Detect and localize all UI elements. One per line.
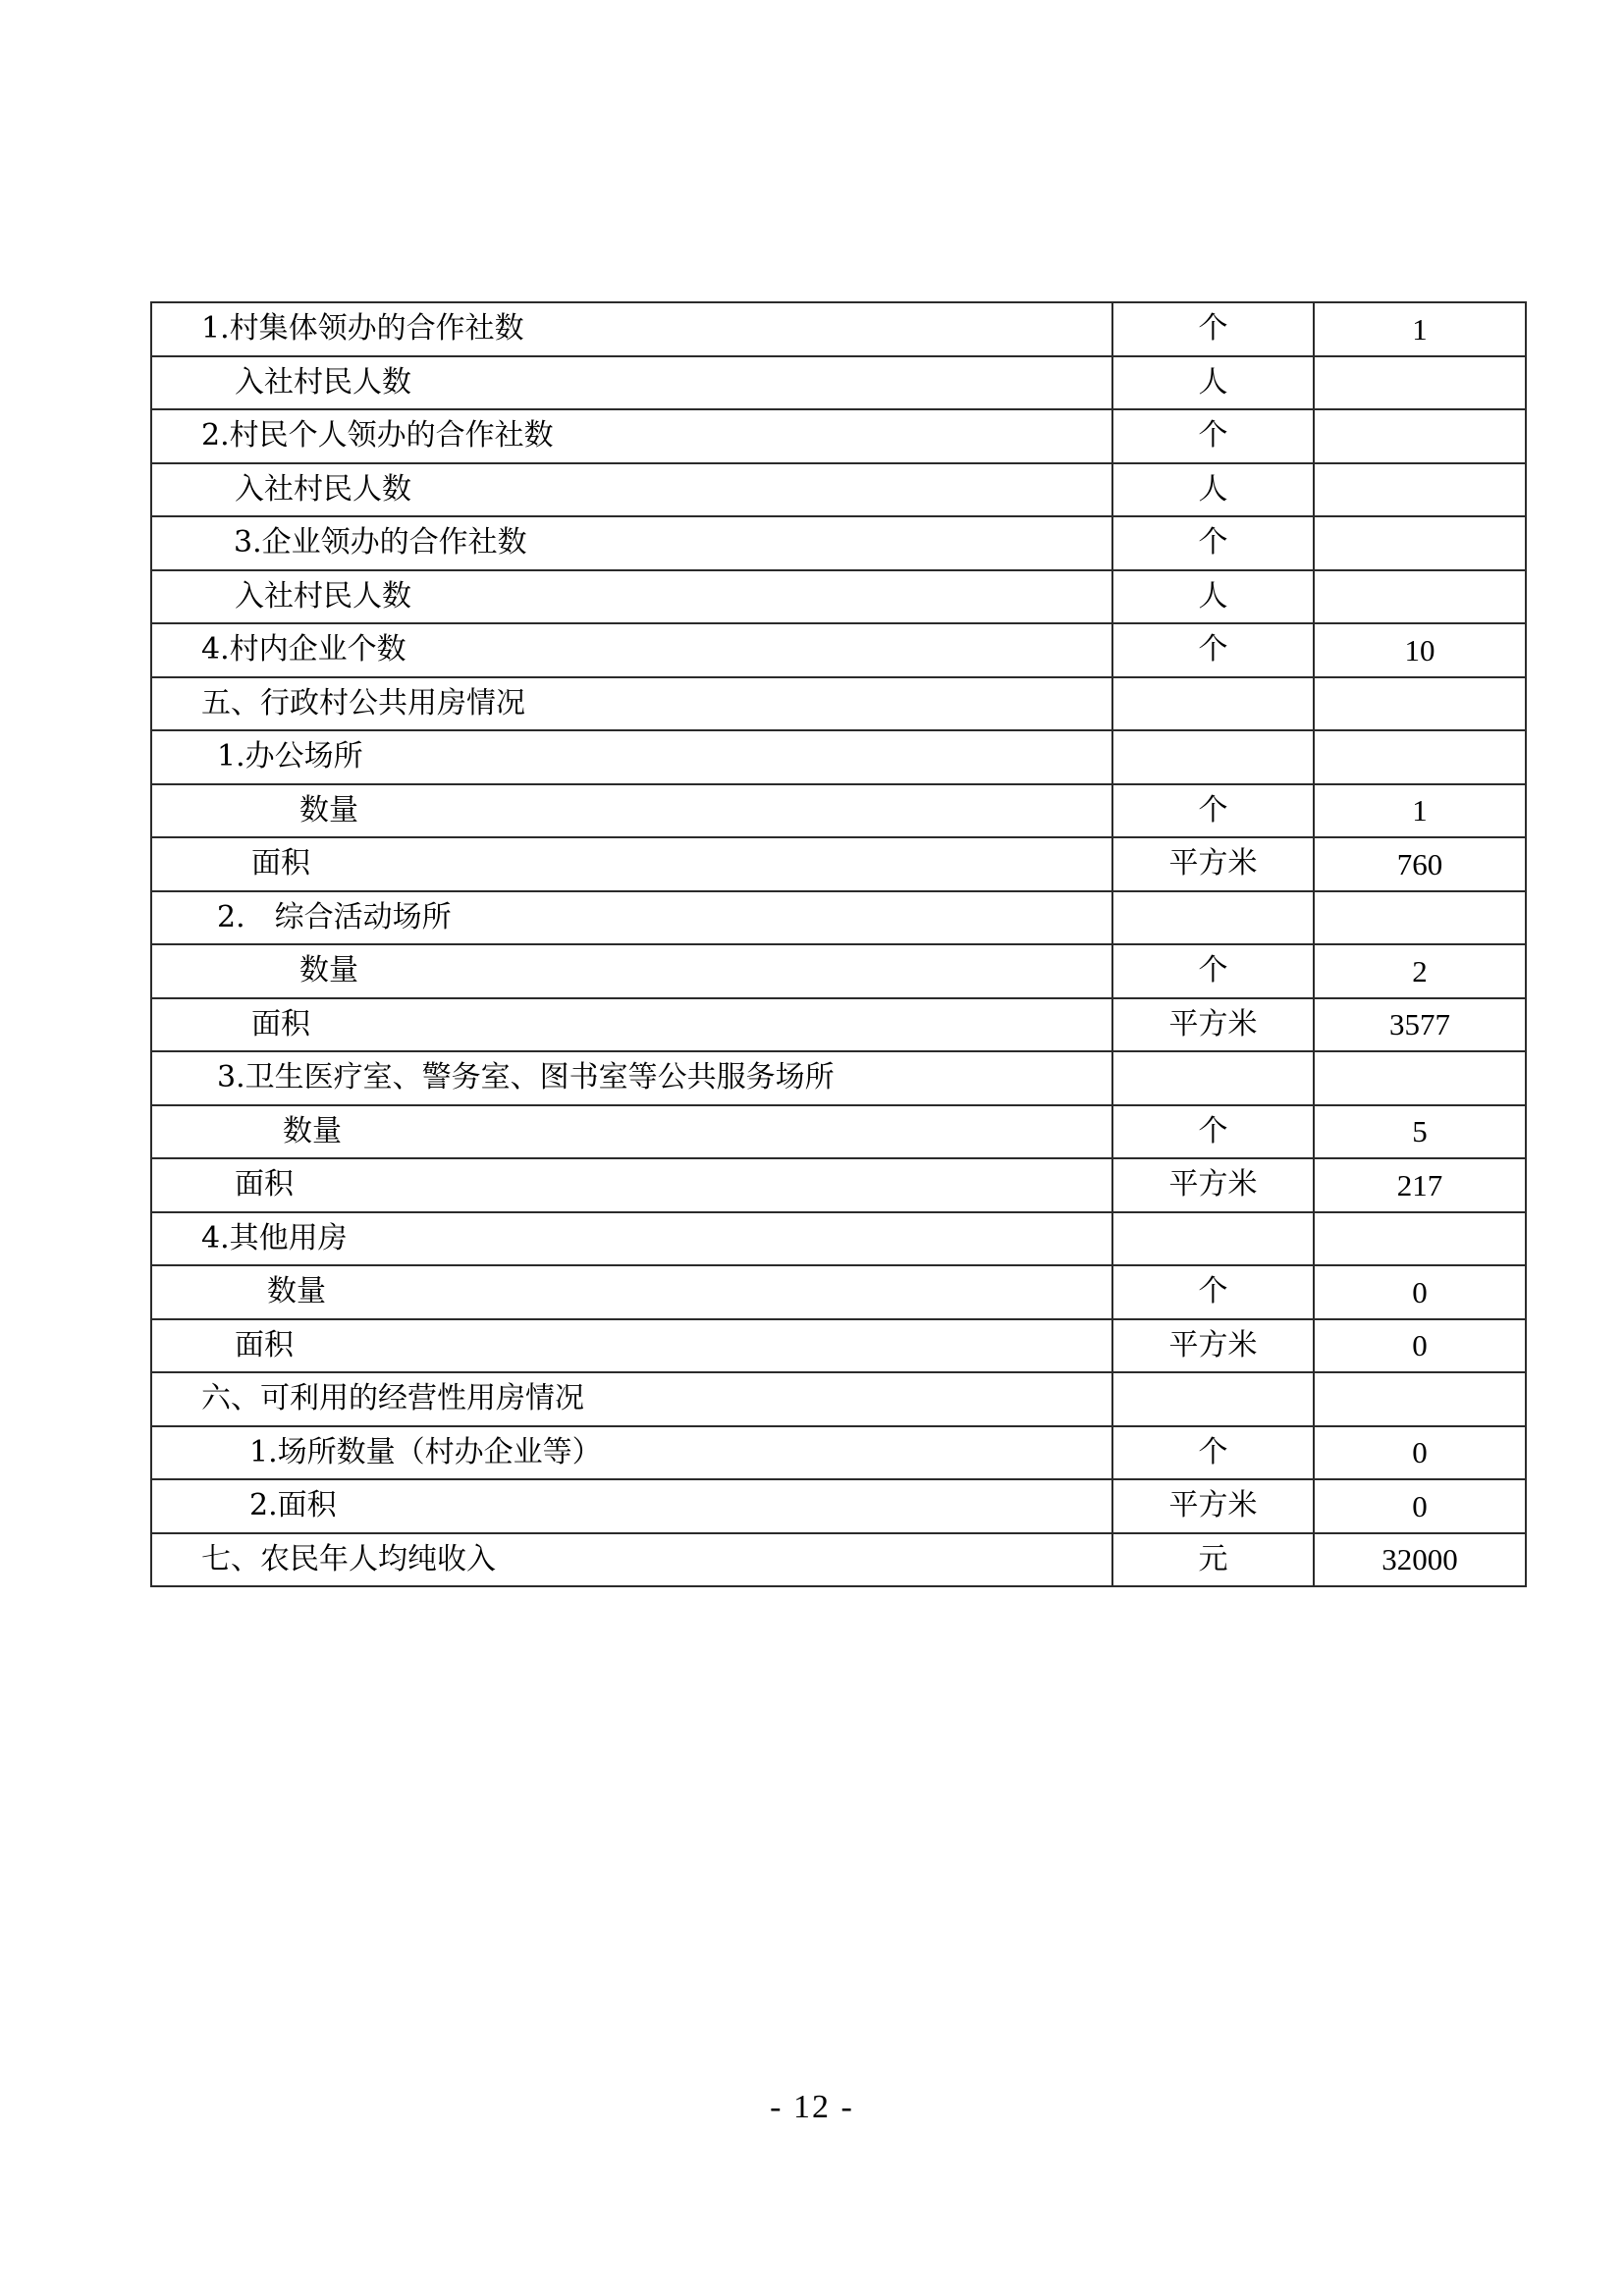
unit-cell: 人	[1112, 356, 1314, 410]
unit-cell: 个	[1112, 1265, 1314, 1319]
value-cell: 10	[1314, 623, 1526, 677]
item-label: 面积	[235, 1170, 294, 1200]
table-row: 入社村民人数人	[151, 570, 1526, 624]
unit-cell	[1112, 730, 1314, 784]
item-cell: 1.场所数量（村办企业等）	[151, 1426, 1112, 1480]
item-label: 3.卫生医疗室、警务室、图书室等公共服务场所	[217, 1063, 835, 1093]
value-cell	[1314, 1372, 1526, 1426]
item-cell: 2.村民个人领办的合作社数	[151, 409, 1112, 463]
value-cell: 760	[1314, 837, 1526, 891]
value-cell: 32000	[1314, 1533, 1526, 1587]
value-cell	[1314, 891, 1526, 945]
value-cell	[1314, 677, 1526, 731]
table-row: 数量个0	[151, 1265, 1526, 1319]
table-row: 数量个1	[151, 784, 1526, 838]
item-cell: 数量	[151, 784, 1112, 838]
value-cell	[1314, 730, 1526, 784]
table-row: 1.办公场所	[151, 730, 1526, 784]
table-row: 1.场所数量（村办企业等）个0	[151, 1426, 1526, 1480]
section-heading-row: 五、行政村公共用房情况	[151, 677, 1526, 731]
document-page: 1.村集体领办的合作社数个1 入社村民人数人 2.村民个人领办的合作社数个 入社…	[0, 0, 1624, 2296]
unit-cell: 个	[1112, 1426, 1314, 1480]
table-row: 入社村民人数人	[151, 356, 1526, 410]
statistics-table: 1.村集体领办的合作社数个1 入社村民人数人 2.村民个人领办的合作社数个 入社…	[150, 301, 1527, 1587]
table-row: 面积平方米760	[151, 837, 1526, 891]
item-label: 面积	[251, 1010, 310, 1040]
item-cell: 4.村内企业个数	[151, 623, 1112, 677]
item-label: 3.企业领办的合作社数	[234, 528, 527, 558]
table-row: 面积平方米3577	[151, 998, 1526, 1052]
unit-cell: 个	[1112, 1105, 1314, 1159]
value-cell: 0	[1314, 1479, 1526, 1533]
item-label: 2.村民个人领办的合作社数	[201, 421, 554, 451]
unit-cell: 平方米	[1112, 1158, 1314, 1212]
item-label: 2. 综合活动场所	[217, 903, 452, 933]
table-row: 2. 综合活动场所	[151, 891, 1526, 945]
value-cell: 5	[1314, 1105, 1526, 1159]
value-cell: 0	[1314, 1319, 1526, 1373]
item-cell: 数量	[151, 1105, 1112, 1159]
table-row: 2.面积平方米0	[151, 1479, 1526, 1533]
item-label: 4.村内企业个数	[201, 635, 406, 665]
unit-cell: 元	[1112, 1533, 1314, 1587]
value-cell	[1314, 356, 1526, 410]
item-cell: 数量	[151, 1265, 1112, 1319]
value-cell: 1	[1314, 302, 1526, 356]
table-row: 3.企业领办的合作社数个	[151, 516, 1526, 570]
unit-cell: 个	[1112, 302, 1314, 356]
item-cell: 面积	[151, 998, 1112, 1052]
unit-cell	[1112, 677, 1314, 731]
item-cell: 五、行政村公共用房情况	[151, 677, 1112, 731]
value-cell	[1314, 409, 1526, 463]
item-cell: 面积	[151, 1319, 1112, 1373]
section-heading: 五、行政村公共用房情况	[201, 689, 525, 719]
unit-cell	[1112, 1051, 1314, 1105]
item-cell: 入社村民人数	[151, 356, 1112, 410]
value-cell: 217	[1314, 1158, 1526, 1212]
unit-cell: 人	[1112, 570, 1314, 624]
item-label: 入社村民人数	[235, 582, 411, 612]
item-label: 面积	[235, 1331, 294, 1361]
value-cell	[1314, 570, 1526, 624]
table-row: 1.村集体领办的合作社数个1	[151, 302, 1526, 356]
table-row: 2.村民个人领办的合作社数个	[151, 409, 1526, 463]
item-label: 数量	[267, 1277, 326, 1307]
item-label: 1.办公场所	[217, 742, 363, 772]
item-label: 面积	[251, 849, 310, 879]
page-number: - 12 -	[0, 2089, 1624, 2126]
unit-cell: 个	[1112, 944, 1314, 998]
table-body: 1.村集体领办的合作社数个1 入社村民人数人 2.村民个人领办的合作社数个 入社…	[151, 302, 1526, 1586]
value-cell	[1314, 1212, 1526, 1266]
unit-cell: 个	[1112, 516, 1314, 570]
value-cell: 1	[1314, 784, 1526, 838]
value-cell: 0	[1314, 1426, 1526, 1480]
table-row: 数量个2	[151, 944, 1526, 998]
table-row: 数量个5	[151, 1105, 1526, 1159]
table-row: 入社村民人数人	[151, 463, 1526, 517]
item-cell: 面积	[151, 1158, 1112, 1212]
unit-cell	[1112, 1212, 1314, 1266]
section-heading: 六、可利用的经营性用房情况	[201, 1384, 584, 1414]
item-cell: 1.办公场所	[151, 730, 1112, 784]
item-cell: 3.卫生医疗室、警务室、图书室等公共服务场所	[151, 1051, 1112, 1105]
item-cell: 2.面积	[151, 1479, 1112, 1533]
item-cell: 数量	[151, 944, 1112, 998]
item-label: 入社村民人数	[235, 368, 411, 398]
unit-cell: 个	[1112, 409, 1314, 463]
item-label: 入社村民人数	[235, 475, 411, 505]
section-heading-row: 六、可利用的经营性用房情况	[151, 1372, 1526, 1426]
item-label: 数量	[299, 796, 358, 826]
item-label: 4.其他用房	[201, 1224, 348, 1254]
item-cell: 六、可利用的经营性用房情况	[151, 1372, 1112, 1426]
item-label: 2.面积	[249, 1491, 337, 1521]
unit-cell: 平方米	[1112, 1319, 1314, 1373]
unit-cell: 个	[1112, 784, 1314, 838]
unit-cell: 平方米	[1112, 1479, 1314, 1533]
unit-cell: 个	[1112, 623, 1314, 677]
item-cell: 3.企业领办的合作社数	[151, 516, 1112, 570]
value-cell	[1314, 516, 1526, 570]
table-row: 面积平方米217	[151, 1158, 1526, 1212]
table-row: 3.卫生医疗室、警务室、图书室等公共服务场所	[151, 1051, 1526, 1105]
value-cell: 0	[1314, 1265, 1526, 1319]
value-cell	[1314, 463, 1526, 517]
unit-cell	[1112, 1372, 1314, 1426]
table-row: 4.村内企业个数个10	[151, 623, 1526, 677]
section-heading: 七、农民年人均纯收入	[201, 1545, 496, 1575]
item-cell: 1.村集体领办的合作社数	[151, 302, 1112, 356]
unit-cell	[1112, 891, 1314, 945]
item-cell: 入社村民人数	[151, 463, 1112, 517]
unit-cell: 人	[1112, 463, 1314, 517]
item-label: 数量	[299, 956, 358, 986]
section-heading-row: 七、农民年人均纯收入元32000	[151, 1533, 1526, 1587]
table-row: 面积平方米0	[151, 1319, 1526, 1373]
item-cell: 2. 综合活动场所	[151, 891, 1112, 945]
table-row: 4.其他用房	[151, 1212, 1526, 1266]
unit-cell: 平方米	[1112, 837, 1314, 891]
item-cell: 七、农民年人均纯收入	[151, 1533, 1112, 1587]
item-cell: 入社村民人数	[151, 570, 1112, 624]
item-label: 数量	[283, 1117, 342, 1147]
value-cell	[1314, 1051, 1526, 1105]
item-label: 1.村集体领办的合作社数	[201, 314, 524, 344]
value-cell: 3577	[1314, 998, 1526, 1052]
value-cell: 2	[1314, 944, 1526, 998]
item-cell: 4.其他用房	[151, 1212, 1112, 1266]
unit-cell: 平方米	[1112, 998, 1314, 1052]
item-label: 1.场所数量（村办企业等）	[249, 1438, 602, 1468]
item-cell: 面积	[151, 837, 1112, 891]
